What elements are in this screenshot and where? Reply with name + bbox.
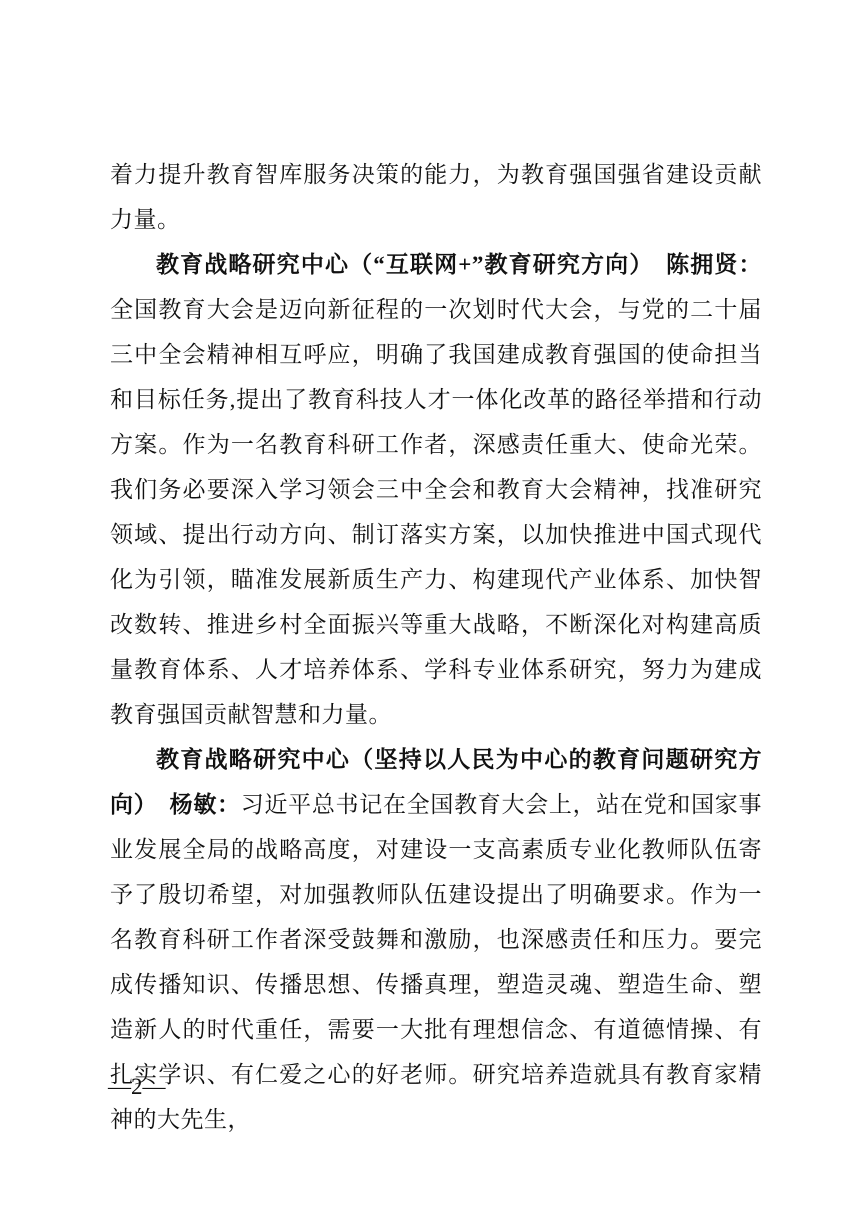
- page-number: —2—: [108, 1072, 166, 1102]
- paragraph: 教育战略研究中心（“互联网+”教育研究方向） 陈拥贤：全国教育大会是迈向新征程的…: [110, 242, 762, 737]
- paragraph-text: 着力提升教育智库服务决策的能力，为教育强国强省建设贡献力量。: [110, 162, 762, 232]
- document-content: 着力提升教育智库服务决策的能力，为教育强国强省建设贡献力量。教育战略研究中心（“…: [110, 152, 762, 1142]
- paragraph: 着力提升教育智库服务决策的能力，为教育强国强省建设贡献力量。: [110, 152, 762, 242]
- paragraph-text: 全国教育大会是迈向新征程的一次划时代大会，与党的二十届三中全会精神相互呼应，明确…: [110, 297, 762, 727]
- paragraph: 教育战略研究中心（坚持以人民为中心的教育问题研究方向） 杨敏：习近平总书记在全国…: [110, 737, 762, 1142]
- paragraph-text: 习近平总书记在全国教育大会上，站在党和国家事业发展全局的战略高度，对建设一支高素…: [110, 792, 762, 1132]
- document-page: 着力提升教育智库服务决策的能力，为教育强国强省建设贡献力量。教育战略研究中心（“…: [0, 0, 860, 1216]
- speaker-heading: 教育战略研究中心（“互联网+”教育研究方向） 陈拥贤：: [156, 252, 762, 277]
